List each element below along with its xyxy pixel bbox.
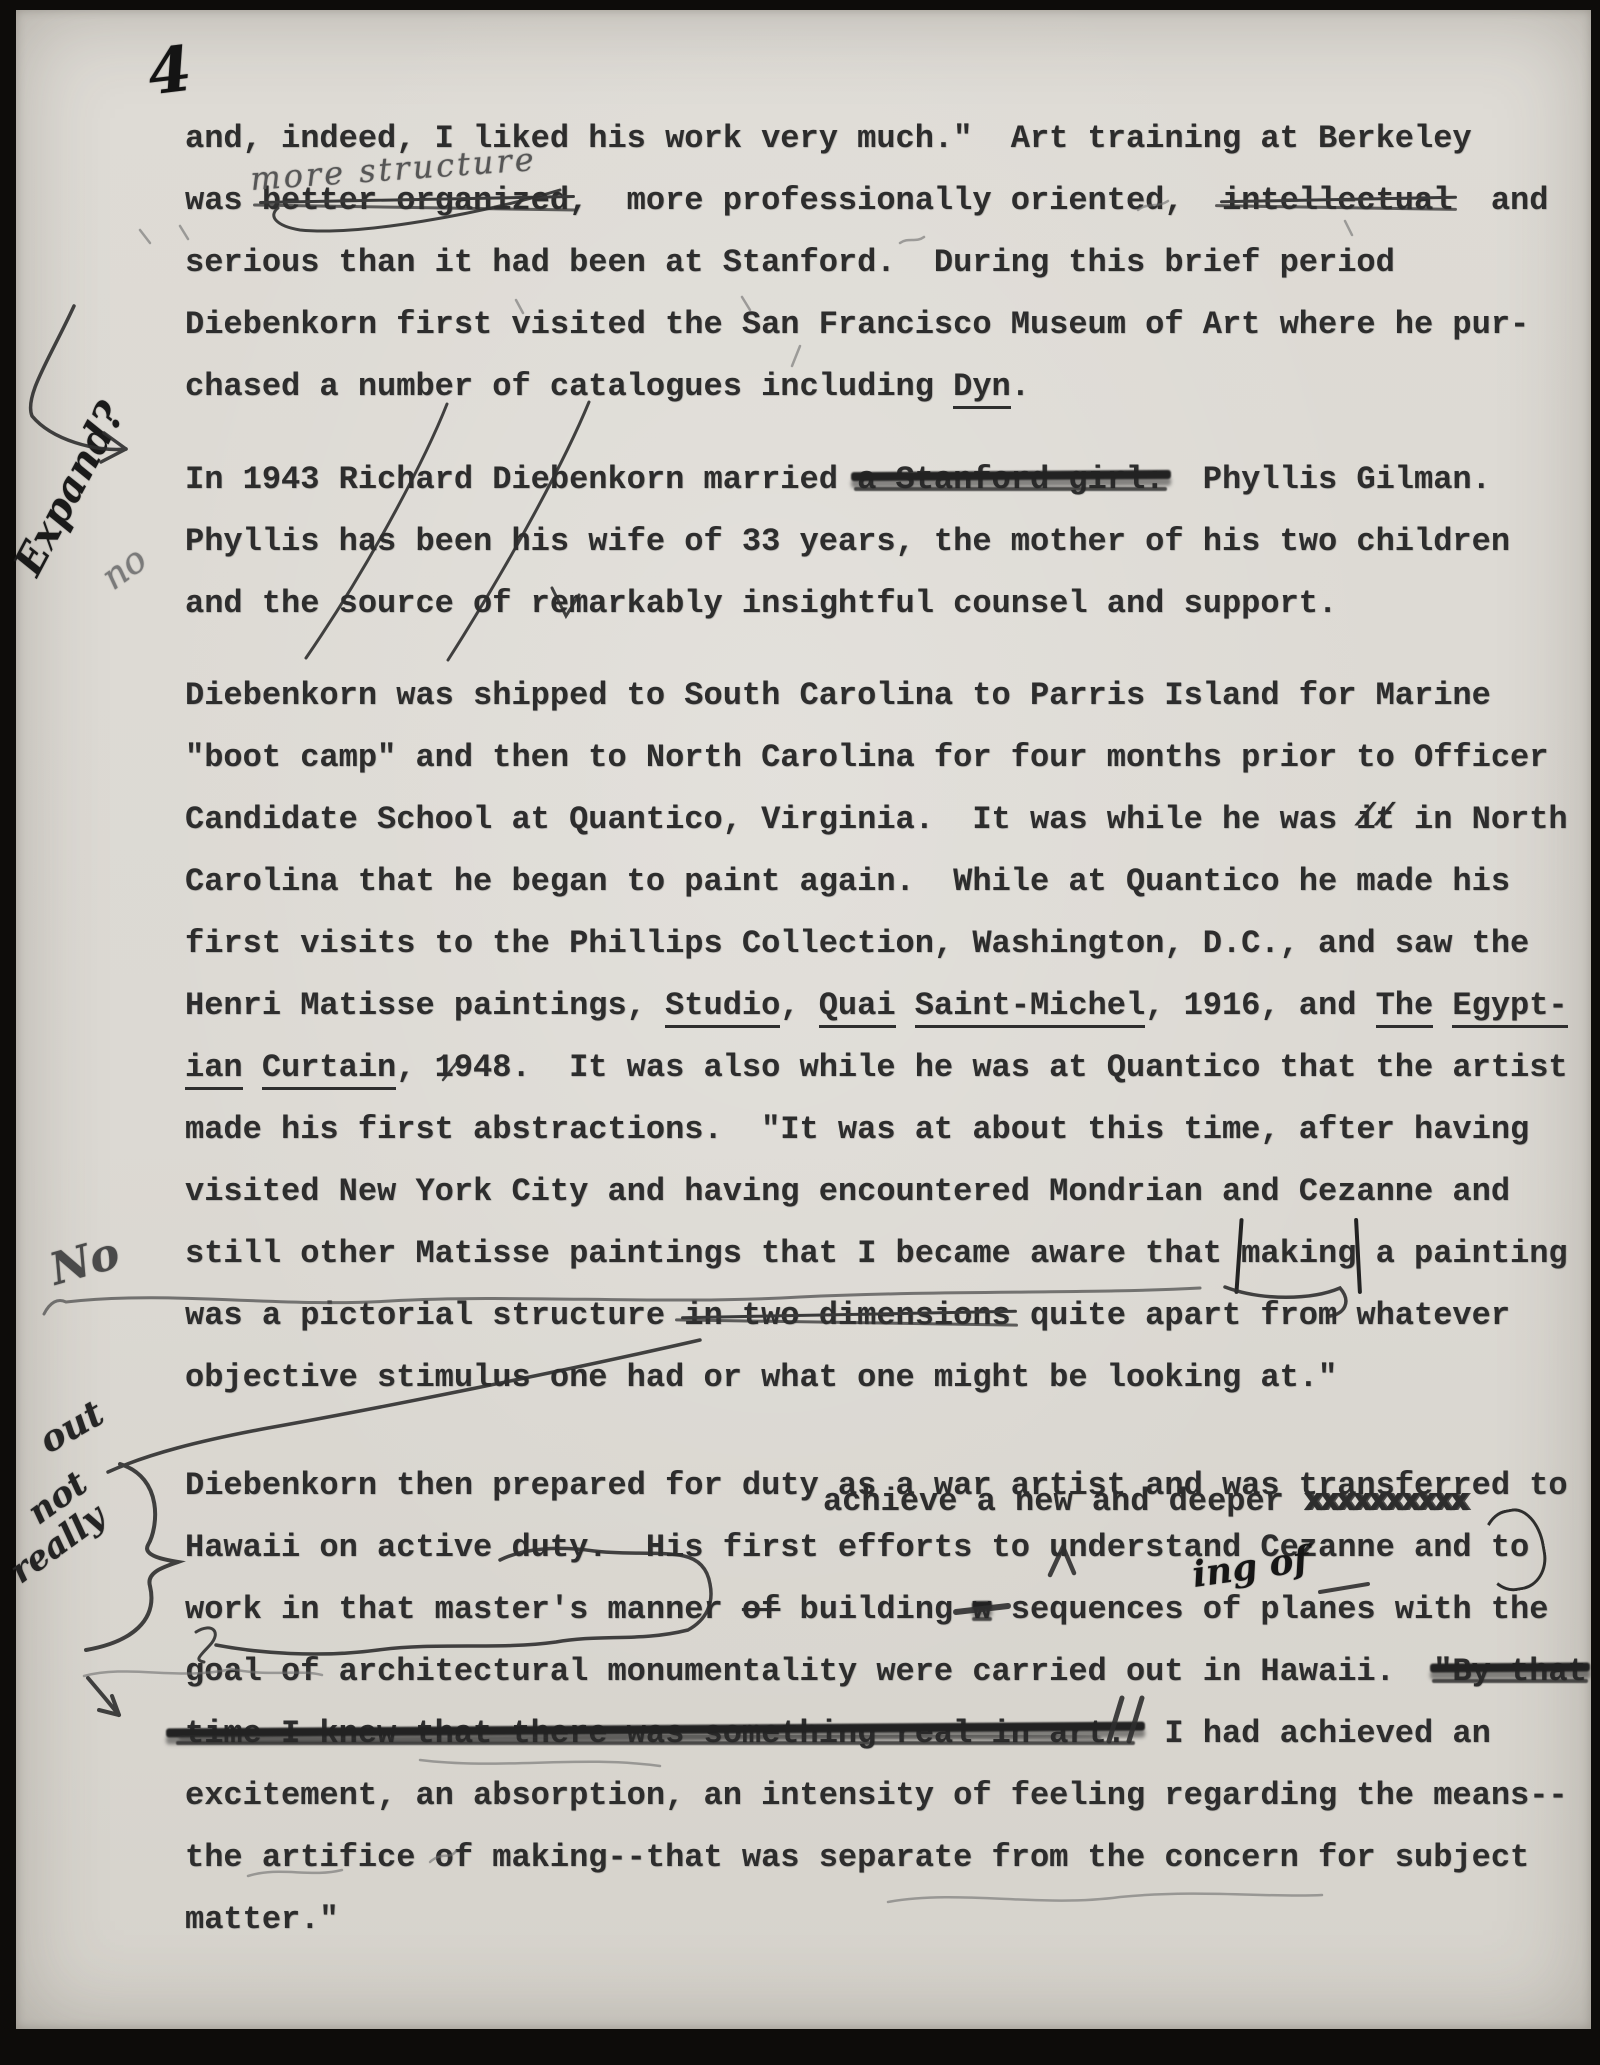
text-segment: Henri Matisse paintings, xyxy=(185,987,665,1024)
pencil-tick-1 xyxy=(140,230,150,243)
text-segment: , xyxy=(780,987,818,1024)
text-segment-slashed: it xyxy=(1356,789,1394,851)
typescript-line: the artifice of making--that was separat… xyxy=(185,1827,1593,1889)
not-really-brace xyxy=(86,1464,178,1650)
text-segment xyxy=(896,987,915,1024)
typescript-line: Phyllis has been his wife of 33 years, t… xyxy=(185,511,1593,573)
text-segment: Diebenkorn was shipped to South Carolina… xyxy=(185,677,1491,714)
text-segment: "boot camp" and then to North Carolina f… xyxy=(185,739,1548,776)
text-segment: quite apart from whatever xyxy=(1011,1297,1510,1334)
typescript-line: made his first abstractions. "It was at … xyxy=(185,1099,1593,1161)
typescript-line: Hawaii on active duty. His first efforts… xyxy=(185,1517,1593,1579)
text-segment-heavy-strike: time I knew that there was something rea… xyxy=(185,1703,1126,1765)
scanned-manuscript-page: { "document": { "page_number": "4", "col… xyxy=(0,0,1600,2065)
text-segment: matter." xyxy=(185,1901,339,1938)
typescript-line: matter." xyxy=(185,1889,1593,1951)
text-segment: In 1943 Richard Diebenkorn married xyxy=(185,461,857,498)
text-segment-heavy-strike: "By that xyxy=(1433,1641,1587,1703)
text-segment-underline: The xyxy=(1376,987,1434,1028)
text-segment-x-over: xxxxxxxxxx xyxy=(1303,1483,1468,1520)
typescript-line: work in that master's manner of building… xyxy=(185,1579,1593,1641)
text-segment-underline: ian xyxy=(185,1049,243,1090)
text-segment: work in that master's manner xyxy=(185,1591,742,1628)
text-segment-underline: Curtain xyxy=(262,1049,396,1090)
typescript-line: was a pictorial structure in two dimensi… xyxy=(185,1285,1593,1347)
typescript-line: excitement, an absorption, an intensity … xyxy=(185,1765,1593,1827)
text-segment-underline: Quai xyxy=(819,987,896,1028)
text-segment: objective stimulus one had or what one m… xyxy=(185,1359,1337,1396)
handwritten-note-no-2: No xyxy=(44,1227,125,1295)
text-segment: still other Matisse paintings that I bec… xyxy=(185,1235,1241,1272)
typescript-line: first visits to the Phillips Collection,… xyxy=(185,913,1593,975)
typescript-line: ian Curtain, 1948. It was also while he … xyxy=(185,1037,1593,1099)
text-segment: , 1948. It was also while he was at Quan… xyxy=(396,1049,1567,1086)
text-segment-heavy-strike: a Stanford girl: xyxy=(857,449,1164,511)
typed-insertion-line: achieve a new and deeper xxxxxxxxxx xyxy=(823,1483,1468,1520)
text-segment-underline: Studio xyxy=(665,987,780,1028)
text-segment: , 1916, and xyxy=(1145,987,1375,1024)
handwritten-note-no: no xyxy=(94,539,154,599)
text-segment: Phyllis has been his wife of 33 years, t… xyxy=(185,523,1510,560)
typescript-line: visited New York City and having encount… xyxy=(185,1161,1593,1223)
typescript-line: Candidate School at Quantico, Virginia. … xyxy=(185,789,1593,851)
text-segment: . xyxy=(1011,368,1030,405)
typescript-line: Diebenkorn first visited the San Francis… xyxy=(185,294,1593,356)
typescript-line: In 1943 Richard Diebenkorn married a Sta… xyxy=(185,449,1593,511)
text-segment-typed-strike: of xyxy=(742,1591,780,1628)
text-segment: I had achieved an xyxy=(1126,1715,1491,1752)
typescript-line: time I knew that there was something rea… xyxy=(185,1703,1593,1765)
text-segment: goal of architectural monumentality were… xyxy=(185,1653,1433,1690)
typescript-line: Henri Matisse paintings, Studio, Quai Sa… xyxy=(185,975,1593,1037)
text-segment: excitement, an absorption, an intensity … xyxy=(185,1777,1568,1814)
handwritten-page-number: 4 xyxy=(144,32,196,110)
text-segment-pen-strike: intellectual xyxy=(1222,170,1452,232)
paragraph-3: Diebenkorn was shipped to South Carolina… xyxy=(185,665,1593,1409)
text-segment: and the source of remarkably insightful … xyxy=(185,585,1337,622)
typescript-line: objective stimulus one had or what one m… xyxy=(185,1347,1593,1409)
typescript-line: Diebenkorn was shipped to South Carolina… xyxy=(185,665,1593,727)
text-segment: achieve a new and deeper xyxy=(823,1483,1303,1520)
text-segment: the artifice of making--that was separat… xyxy=(185,1839,1529,1876)
typescript-line: serious than it had been at Stanford. Du… xyxy=(185,232,1593,294)
typescript-line: Carolina that he began to paint again. W… xyxy=(185,851,1593,913)
text-segment: chased a number of catalogues including xyxy=(185,368,953,405)
text-segment: a painting xyxy=(1356,1235,1567,1272)
text-segment: Diebenkorn first visited the San Francis… xyxy=(185,306,1529,343)
text-segment: sequences of planes with the xyxy=(992,1591,1549,1628)
text-segment-heavy-strike: w xyxy=(972,1579,991,1641)
text-segment: Carolina that he began to paint again. W… xyxy=(185,863,1510,900)
text-segment: Phyllis Gilman. xyxy=(1164,461,1490,498)
text-segment: made his first abstractions. "It was at … xyxy=(185,1111,1529,1148)
typescript-line: goal of architectural monumentality were… xyxy=(185,1641,1593,1703)
text-segment: and xyxy=(1452,182,1548,219)
text-segment: Candidate School at Quantico, Virginia. … xyxy=(185,801,1356,838)
text-segment-boxed: making xyxy=(1238,1223,1359,1285)
typescript-line: chased a number of catalogues including … xyxy=(185,356,1593,418)
text-segment: , more professionally oriented, xyxy=(569,182,1222,219)
text-segment-circled: to xyxy=(1491,1517,1529,1579)
typescript-line: still other Matisse paintings that I bec… xyxy=(185,1223,1593,1285)
text-segment: first visits to the Phillips Collection,… xyxy=(185,925,1529,962)
text-segment: visited New York City and having encount… xyxy=(185,1173,1510,1210)
text-segment: serious than it had been at Stanford. Du… xyxy=(185,244,1395,281)
text-segment-underline: Egypt- xyxy=(1452,987,1567,1028)
typescript-line: and the source of remarkably insightful … xyxy=(185,573,1593,635)
text-segment xyxy=(243,1049,262,1086)
text-segment-underline: Dyn xyxy=(953,368,1011,409)
text-segment: was a pictorial structure xyxy=(185,1297,684,1334)
text-segment-pen-strike: in two dimensions xyxy=(684,1285,1010,1347)
handwritten-note-out: out xyxy=(32,1392,111,1462)
text-segment-underline: Saint-Michel xyxy=(915,987,1145,1028)
paragraph-4: Diebenkorn then prepared for duty as a w… xyxy=(185,1455,1593,1951)
typescript-line: "boot camp" and then to North Carolina f… xyxy=(185,727,1593,789)
margin-arrow-bottom-icon xyxy=(88,1678,119,1715)
typescript-body: and, indeed, I liked his work very much.… xyxy=(185,108,1593,1951)
text-segment: in North xyxy=(1395,801,1568,838)
text-segment xyxy=(1433,987,1452,1024)
paragraph-2: In 1943 Richard Diebenkorn married a Sta… xyxy=(185,449,1593,635)
page-content: 4 and, indeed, I liked his work very muc… xyxy=(0,0,1600,2065)
text-segment: building xyxy=(780,1591,972,1628)
